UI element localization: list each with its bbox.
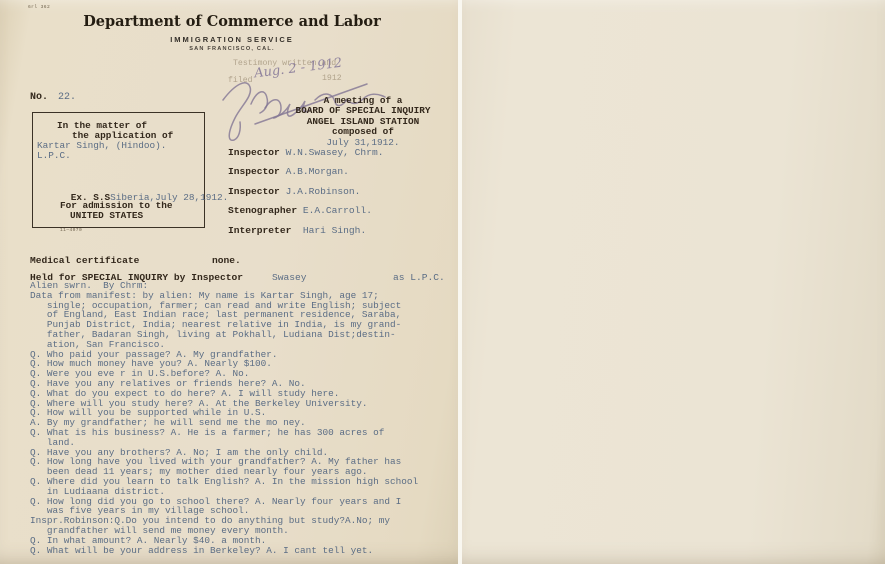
scanned-document: 6rl 362 Department of Commerce and Labor… <box>0 0 885 564</box>
board-member-name: W.N.Swasey, Chrm. <box>286 147 384 158</box>
page-2: (2) Kartar Singh, Siberia,July 28, 1912.… <box>462 0 885 564</box>
letterhead-location: SAN FRANCISCO, CAL. <box>62 46 402 52</box>
board-member-name: E.A.Carroll. <box>303 205 372 216</box>
meeting-heading: A meeting of a BOARD OF SPECIAL INQUIRY … <box>285 96 441 148</box>
form-number-top: 6rl 362 <box>28 5 50 10</box>
form-number-small: 11—4070 <box>60 228 82 233</box>
board-member-row: Inspector W.N.Swasey, Chrm. <box>228 143 383 162</box>
testimony-page1: Alien swrn. By Chrm: Data from manifest:… <box>30 281 418 555</box>
letterhead-department: Department of Commerce and Labor <box>62 13 402 30</box>
page-1: 6rl 362 Department of Commerce and Labor… <box>0 0 458 564</box>
board-member-row: Stenographer E.A.Carroll. <box>228 201 383 220</box>
admission-line2: UNITED STATES <box>70 210 143 221</box>
board-members-list: Inspector W.N.Swasey, Chrm. Inspector A.… <box>228 143 383 240</box>
board-member-row: Interpreter Hari Singh. <box>228 221 383 240</box>
board-member-role: Interpreter <box>228 225 291 236</box>
board-member-row: Inspector J.A.Robinson. <box>228 182 383 201</box>
board-member-role: Inspector <box>228 186 280 197</box>
board-member-name: Hari Singh. <box>297 225 366 236</box>
board-member-name: A.B.Morgan. <box>286 166 349 177</box>
case-number-value: 22. <box>58 92 76 103</box>
board-member-role: Inspector <box>228 166 280 177</box>
medical-certificate-label: Medical certificate <box>30 255 139 266</box>
board-member-role: Inspector <box>228 147 280 158</box>
medical-certificate-value: none. <box>212 255 241 266</box>
case-number-label: No. <box>30 92 48 103</box>
board-member-role: Stenographer <box>228 205 297 216</box>
applicant-classification: L.P.C. <box>37 150 71 161</box>
board-member-row: Inspector A.B.Morgan. <box>228 162 383 181</box>
letterhead-service: IMMIGRATION SERVICE <box>62 35 402 44</box>
board-member-name: J.A.Robinson. <box>286 186 361 197</box>
